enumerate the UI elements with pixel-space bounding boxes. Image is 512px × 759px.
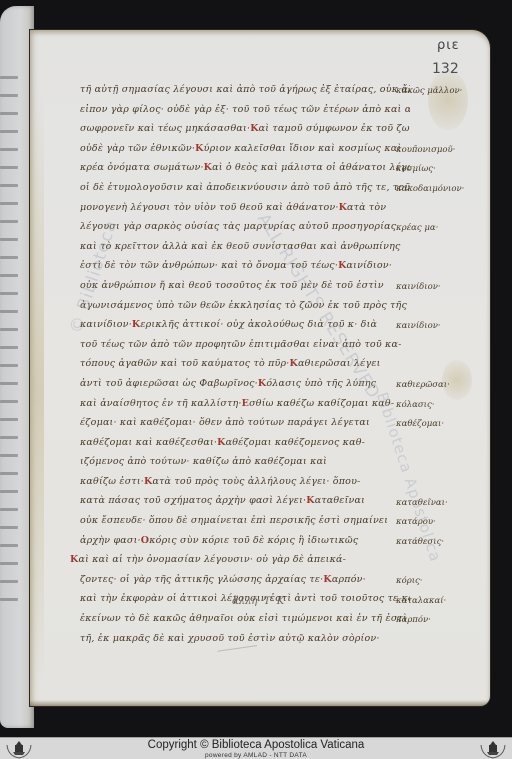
line-text: αταθεῖναι [315, 495, 365, 506]
previous-page-text-line [0, 112, 18, 115]
line-text: καινίδιον· [80, 319, 132, 330]
line-text: αθέζομαι καθέζομενος καθ- [226, 437, 365, 448]
margin-note: καθέζομαι· [396, 419, 444, 429]
previous-page-text-line [0, 166, 18, 169]
margin-note: κρέας μα· [396, 223, 438, 233]
line-text: κόρις σὺν κόριε τοῦ δὲ κόρις ἢ ἰδιωτικῶς [149, 535, 358, 546]
folio-bottom-edge [30, 700, 490, 706]
line-text: ἀντὶ τοῦ ἀφιερῶσαι ὡς Φαβωρῖνος· [80, 378, 258, 389]
manuscript-line: ἀντὶ τοῦ ἀφιερῶσαι ὡς Φαβωρῖνος·Κόλασις … [80, 378, 410, 398]
previous-page-text-line [0, 526, 18, 529]
margin-note: καινίδιον· [396, 282, 441, 292]
previous-page-text-line [0, 238, 18, 241]
vatican-coat-of-arms-icon [4, 739, 34, 759]
manuscript-line: καὶ τὸ κρεῖττον ἀλλὰ καὶ ἐκ θεοῦ συνίστα… [80, 241, 410, 261]
line-text: αθιερῶσαι λέγει [298, 358, 381, 369]
manuscript-line: κατὰ πάσας τοῦ σχήματος ἀρχὴν φασὶ λέγει… [80, 495, 410, 515]
rubric-initial: Κ [338, 260, 346, 271]
line-text: ἐστὶ δὲ τὸν τῶν ἀνθρώπων· καὶ τὸ ὄνομα τ… [80, 260, 338, 271]
previous-page-text-line [0, 202, 18, 205]
margin-note: κακοδαιμόνιον· [396, 184, 464, 194]
manuscript-line: καθέζομαι καὶ καθέζεσθαι·Καθέζομαι καθέζ… [80, 437, 410, 457]
rubric-initial: Ο [141, 535, 149, 546]
previous-page-text-line [0, 436, 18, 439]
margin-note: κόλασις· [396, 400, 434, 410]
manuscript-line: τοῦ τέως τῶν ἀπὸ τῶν προφητῶν ἐπιτιμᾶσθα… [80, 339, 410, 359]
previous-page-text-line [0, 472, 18, 475]
line-text: έζομαι· καὶ καθέζομαι· ὅθεν ἀπὸ τούτων π… [80, 417, 370, 428]
rubric-initial: Κ [290, 358, 298, 369]
previous-page-text-line [0, 508, 18, 511]
line-text: καθέζομαι καὶ καθέζεσθαι· [80, 437, 217, 448]
copyright-footer: Copyright © Biblioteca Apostolica Vatica… [0, 737, 512, 759]
signature-mark: ἄλλη· Τ· Κ [232, 596, 284, 607]
margin-note: κατάθεσις· [396, 537, 444, 547]
line-text: αινίδιον· [347, 260, 392, 271]
line-text: ατὰ τὸν [347, 202, 386, 213]
rubric-initial: Κ [217, 437, 225, 448]
manuscript-line: οἱ δὲ ἐτυμολογοῦσιν καὶ ἀποδεικνύουσιν ἀ… [80, 182, 410, 202]
copyright-text: Copyright © Biblioteca Apostolica Vatica… [0, 738, 512, 752]
rubric-initial: Κ [195, 143, 203, 154]
previous-page-text-line [0, 184, 18, 187]
manuscript-line: οὐδὲ γὰρ τῶν ἐθνικῶν·Κύριον καλεῖσθαι ἴδ… [80, 143, 410, 163]
line-text: εἶπον γὰρ φίλος· οὐδὲ γὰρ ἐξ· τοῦ τοῦ τέ… [80, 104, 410, 115]
folio-number-greek: ριε [437, 38, 460, 53]
line-text: τοῦ τέως τῶν ἀπὸ τῶν προφητῶν ἐπιτιμᾶσθα… [80, 339, 401, 350]
previous-page-text-line [0, 418, 18, 421]
line-text: τόπους ἀγαθῶν καὶ τοῦ καύματος τὸ πῦρ· [80, 358, 290, 369]
previous-page-text-line [0, 364, 18, 367]
line-text: καθίζω ἐστι· [80, 476, 144, 487]
margin-note: καθιερῶσαι· [396, 380, 450, 390]
previous-page-text-line [0, 490, 18, 493]
manuscript-line: ἐστὶ δὲ τὸν τῶν ἀνθρώπων· καὶ τὸ ὄνομα τ… [80, 260, 410, 280]
margin-note: καινίδιον· [396, 321, 441, 331]
previous-page-text-line [0, 274, 18, 277]
line-text: σθίω καθέζω καθίζομαι καθ- [249, 398, 394, 409]
previous-page-text-line [0, 346, 18, 349]
line-text: οὐδὲ γὰρ τῶν ἐθνικῶν· [80, 143, 195, 154]
manuscript-line: μονογενὴ λέγουσι τὸν υἱὸν τοῦ θεοῦ καὶ ἀ… [80, 202, 410, 222]
previous-page-text-line [0, 94, 18, 97]
previous-page-text-line [0, 148, 18, 151]
powered-by-text: powered by AMLAD - NTT DATA [0, 752, 512, 759]
line-text: μονογενὴ λέγουσι τὸν υἱὸν τοῦ θεοῦ καὶ ἀ… [80, 202, 339, 213]
previous-page-text-line [0, 130, 18, 133]
line-text: καὶ ἀναίσθητος ἐν τῆ καλλίστη· [80, 398, 242, 409]
folio-number-arabic: 132 [432, 61, 459, 77]
margin-note: καρπόν· [396, 615, 431, 625]
previous-page-text-line [0, 328, 18, 331]
manuscript-line: έζομαι· καὶ καθέζομαι· ὅθεν ἀπὸ τούτων π… [80, 417, 410, 437]
line-text: οὐκ ἀνθρώπιον ἤ καὶ θεοῦ τοσοῦτος ἐκ τοῦ… [80, 280, 384, 291]
previous-page-text-line [0, 256, 18, 259]
previous-page-text-line [0, 598, 18, 601]
vatican-coat-of-arms-icon [478, 739, 508, 759]
line-text: ἀρχὴν φασι· [80, 535, 141, 546]
line-text: όλασις ὑπὸ τῆς λύπης [266, 378, 376, 389]
previous-page-text-line [0, 544, 18, 547]
line-text: ἐκείνων τὸ δὲ κακῶς ἀθηναῖοι οὐκ εἰσὶ τι… [80, 613, 407, 624]
line-text: αρπόν· [332, 574, 366, 585]
manuscript-line: εἶπον γὰρ φίλος· οὐδὲ γὰρ ἐξ· τοῦ τοῦ τέ… [80, 104, 410, 124]
line-text: οἱ δὲ ἐτυμολογοῦσιν καὶ ἀποδεικνύουσιν ἀ… [80, 182, 410, 193]
margin-note: κοσμίως· [396, 164, 436, 174]
previous-page-text-line [0, 580, 18, 583]
line-text: κρέα ὀνόματα σωμάτων· [80, 162, 204, 173]
previous-page-text-line [0, 292, 18, 295]
previous-page-text-line [0, 220, 18, 223]
manuscript-line: ἀρχὴν φασι·Οκόρις σὺν κόριε τοῦ δὲ κόρις… [80, 535, 410, 555]
previous-page-text-line [0, 400, 18, 403]
manuscript-line: ζοντες· οἱ γὰρ τῆς ἀττικῆς γλώσσης ἀρχαί… [80, 574, 410, 594]
line-text: λέγουσι γὰρ σαρκὸς οὐσίας τὰς μαρτυρίας … [80, 221, 396, 232]
rubric-initial: Κ [204, 162, 212, 173]
main-text-block: τῆ αὐτῇ σημασίας λέγουσι καὶ ἀπὸ τοῦ ἀγή… [80, 84, 410, 652]
line-text: ατὰ τοῦ πρὸς τοὺς ἀλλήλους λέγει· ὅπου- [152, 476, 360, 487]
manuscript-line: κρέα ὀνόματα σωμάτων·Καὶ ὁ θεὸς καὶ μάλι… [80, 162, 410, 182]
manuscript-line: καινίδιον·Κερικλῆς ἀττικοί· οὐχ ἀκολούθω… [80, 319, 410, 339]
previous-page-text-line [0, 382, 18, 385]
paper-stain [30, 90, 44, 690]
manuscript-line: τόπους ἀγαθῶν καὶ τοῦ καύματος τὸ πῦρ·Κα… [80, 358, 410, 378]
line-text: σωφρονεῖν καὶ τέως μηκάσασθαι· [80, 123, 250, 134]
margin-note: κόρις· [396, 576, 422, 586]
line-text: κατὰ πάσας τοῦ σχήματος ἀρχὴν φασὶ λέγει… [80, 495, 306, 506]
manuscript-line: καὶ ἀναίσθητος ἐν τῆ καλλίστη·Εσθίω καθέ… [80, 398, 410, 418]
image-viewer[interactable]: ριε 132 τῆ αὐτῇ σημασίας λέγουσι καὶ ἀπὸ… [0, 0, 512, 737]
rubric-initial: Κ [306, 495, 314, 506]
rubric-initial: Κ [339, 202, 347, 213]
rubric-initial: Ε [242, 398, 249, 409]
manuscript-line: ἀγωνισάμενος ὑπὸ τῶν θεῶν ἐκκλησίας τὸ ζ… [80, 300, 410, 320]
manuscript-line: ιζόμενος ἀπὸ τούτων· καθίζω ἀπὸ καθέζομα… [80, 456, 410, 476]
line-text: ζοντες· οἱ γὰρ τῆς ἀττικῆς γλώσσης ἀρχαί… [80, 574, 323, 585]
line-text: αὶ ὁ θεὸς καὶ μάλιστα οἱ ἀθάνατοι λέγοντ… [212, 162, 410, 173]
previous-page-text-line [0, 310, 18, 313]
previous-page-text-line [0, 76, 18, 79]
previous-page-text-line [0, 454, 18, 457]
manuscript-line: τῆ αὐτῇ σημασίας λέγουσι καὶ ἀπὸ τοῦ ἀγή… [80, 84, 410, 104]
margin-note: κακῶς μᾶλλον· [396, 86, 462, 96]
line-text: καὶ τὸ κρεῖττον ἀλλὰ καὶ ἐκ θεοῦ συνίστα… [80, 241, 400, 252]
line-text: ιζόμενος ἀπὸ τούτων· καθίζω ἀπὸ καθέζομα… [80, 456, 327, 467]
line-text: ἀγωνισάμενος ὑπὸ τῶν θεῶν ἐκκλησίας τὸ ζ… [80, 300, 410, 311]
margin-note: καταλακαί· [396, 596, 446, 606]
manuscript-line: οὐκ ἔσπευδε· ὅπου δὲ σημαίνεται ἐπὶ περσ… [80, 515, 410, 535]
line-text: τῆ αὐτῇ σημασίας λέγουσι καὶ ἀπὸ τοῦ ἀγή… [80, 84, 410, 95]
line-text: ερικλῆς ἀττικοί· οὐχ ἀκολούθως διὰ τοῦ κ… [140, 319, 377, 330]
manuscript-line: Καὶ καὶ αἱ τὴν ὀνομασίαν λέγουσιν· οὐ γὰ… [70, 554, 410, 574]
line-text: οὐκ ἔσπευδε· ὅπου δὲ σημαίνεται ἐπὶ περσ… [80, 515, 388, 526]
line-text: αὶ καὶ αἱ τὴν ὀνομασίαν λέγουσιν· οὐ γὰρ… [78, 554, 346, 565]
line-text: ύριον καλεῖσθαι ἴδιον καὶ κοσμίως καὶ [204, 143, 402, 154]
rubric-initial: Κ [323, 574, 331, 585]
manuscript-line: λέγουσι γὰρ σαρκὸς οὐσίας τὰς μαρτυρίας … [80, 221, 410, 241]
manuscript-line: σωφρονεῖν καὶ τέως μηκάσασθαι·Καὶ ταμοῦ … [80, 123, 410, 143]
rubric-initial: Κ [250, 123, 258, 134]
margin-note: κατάρου· [396, 517, 436, 527]
margin-note: κουπ̄ονισμοῦ· [396, 145, 455, 155]
manuscript-line: οὐκ ἀνθρώπιον ἤ καὶ θεοῦ τοσοῦτος ἐκ τοῦ… [80, 280, 410, 300]
line-text: αὶ ταμοῦ σύμφωνον ἐκ τοῦ ζωγράφου [259, 123, 410, 134]
manuscript-line: καθίζω ἐστι·Κατὰ τοῦ πρὸς τοὺς ἀλλήλους … [80, 476, 410, 496]
previous-page-text-line [0, 562, 18, 565]
paper-stain [428, 70, 468, 130]
margin-note: καταθεῖναι· [396, 498, 448, 508]
previous-page-edge [0, 6, 34, 728]
manuscript-folio: ριε 132 τῆ αὐτῇ σημασίας λέγουσι καὶ ἀπὸ… [30, 30, 490, 706]
